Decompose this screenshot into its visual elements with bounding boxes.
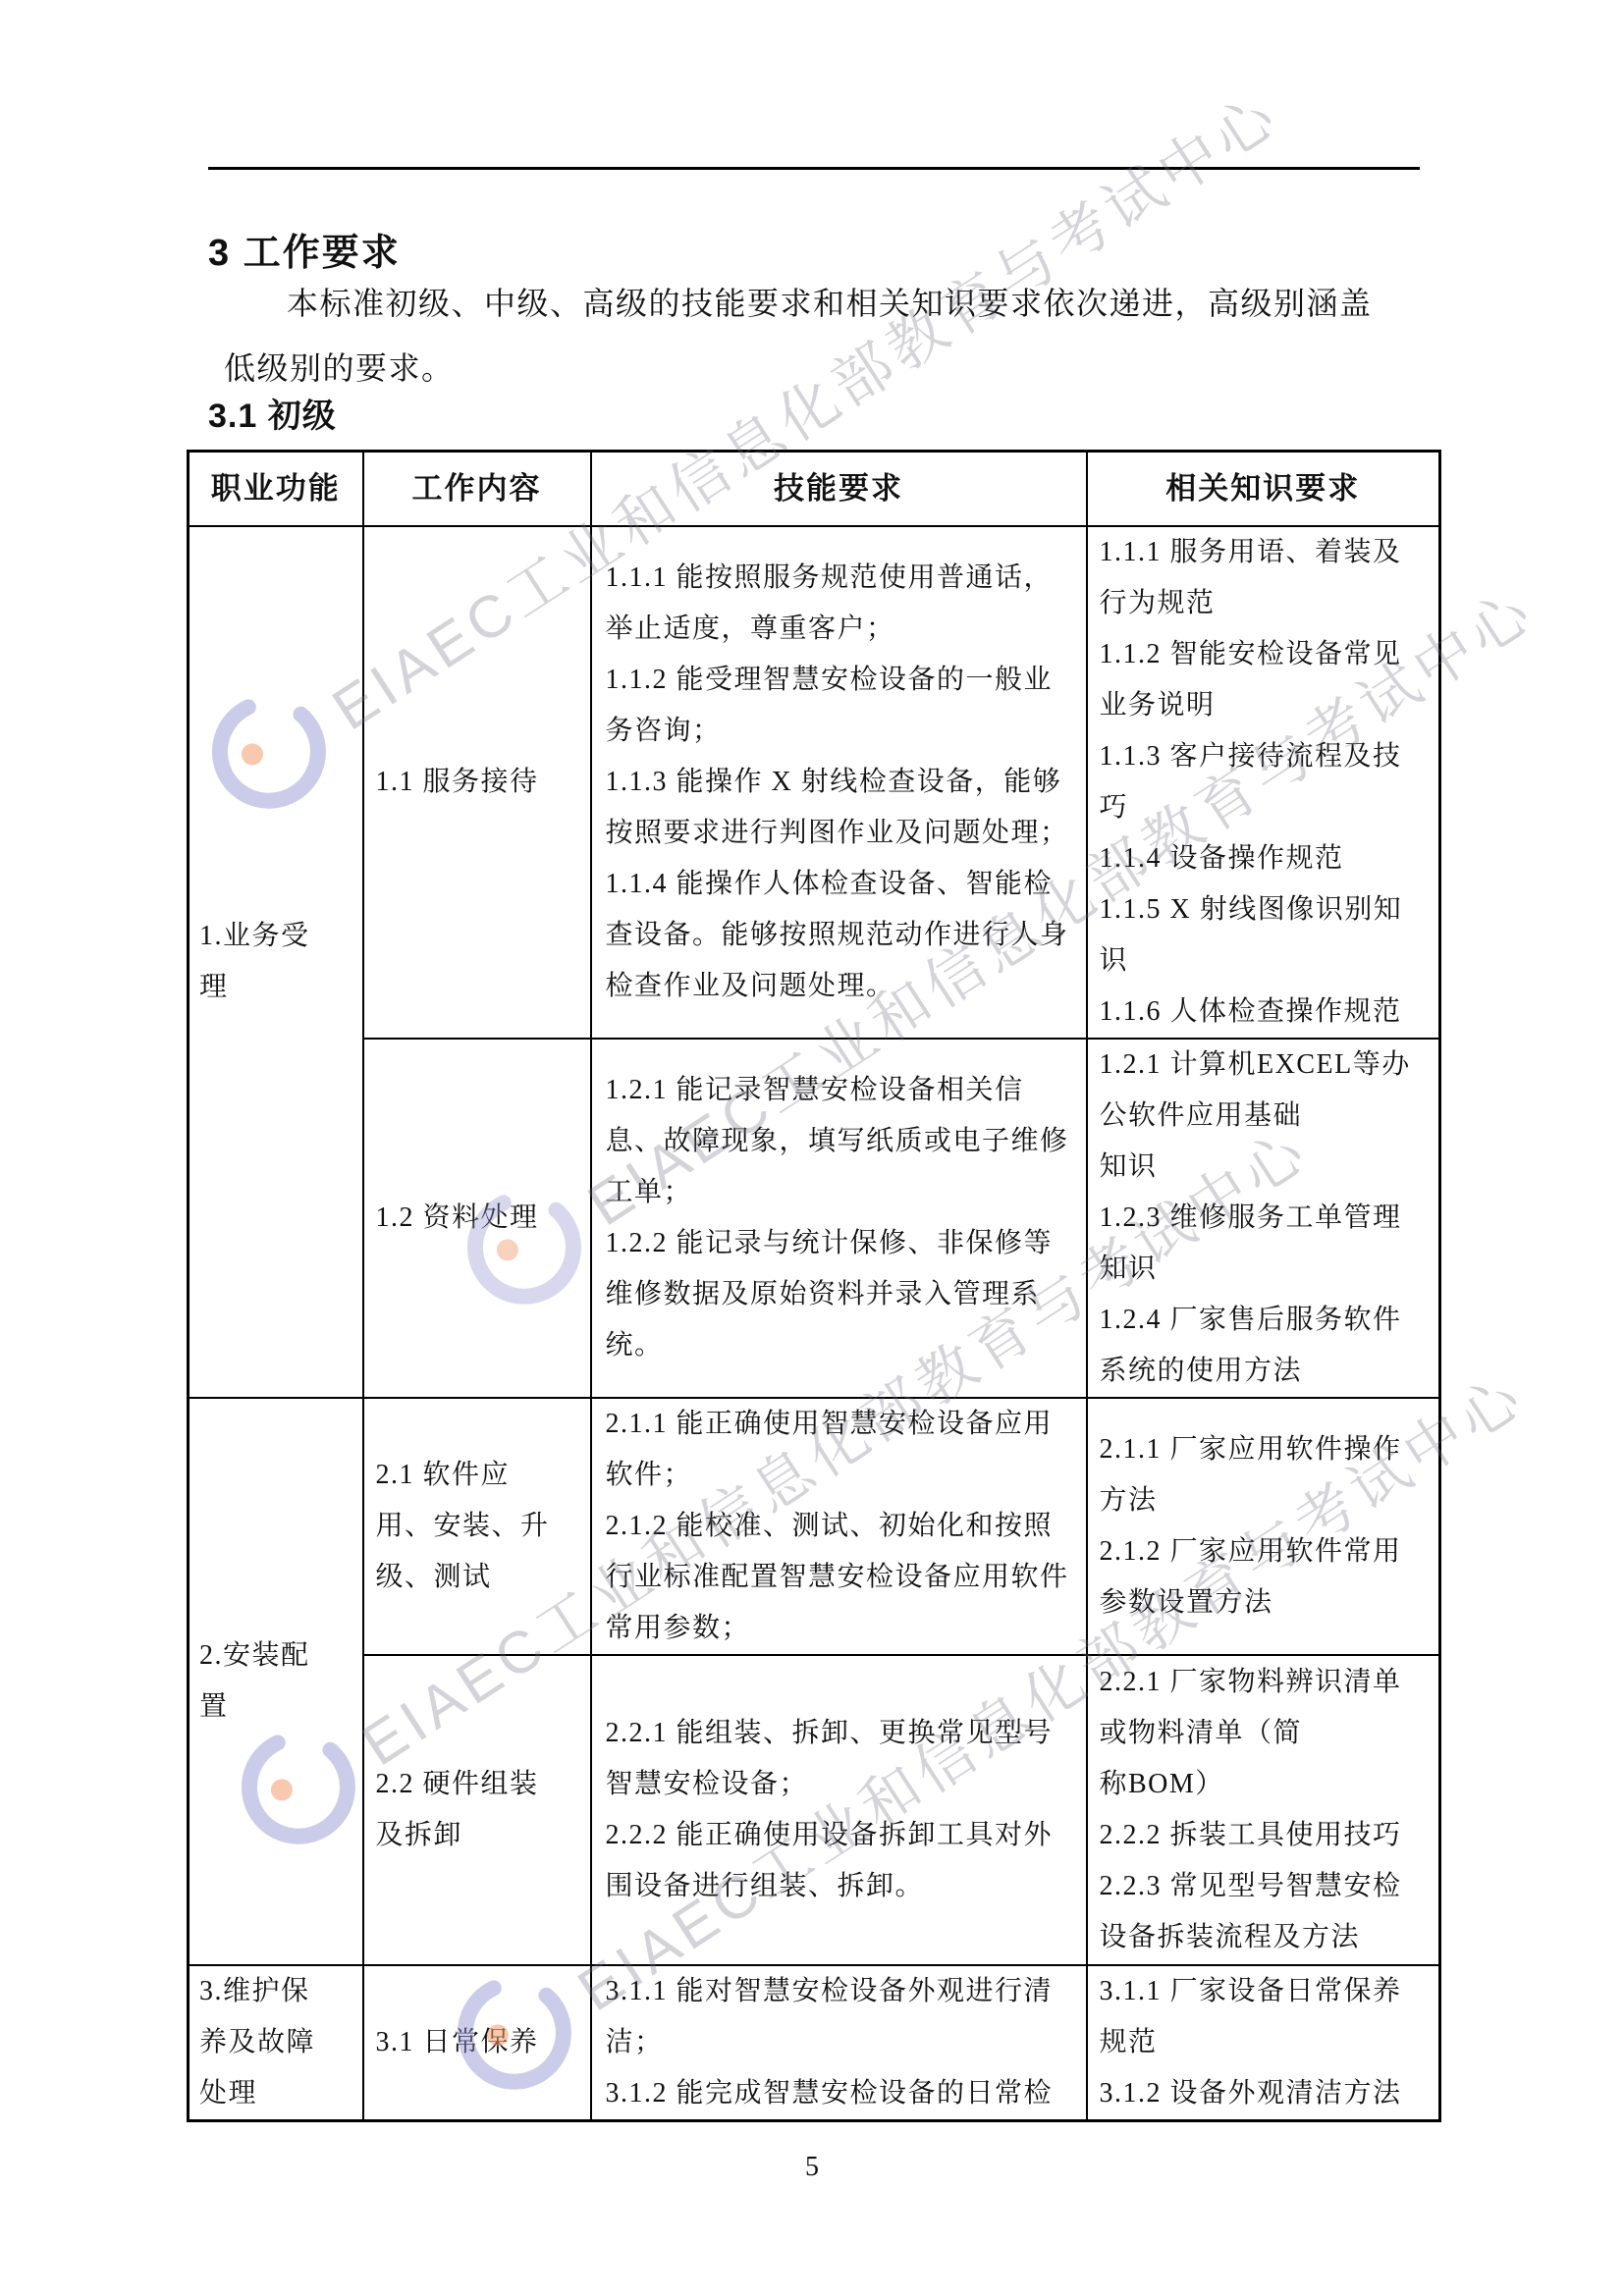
section-heading: 3 工作要求 (208, 222, 401, 276)
column-header-function: 职业功能 (189, 452, 363, 526)
work-content-cell: 3.1 日常保养 (363, 1965, 591, 2121)
table-row: 1.业务受 理 1.1 服务接待 1.1.1 能按照服务规范使用普通话， 举止适… (189, 526, 1440, 1039)
subsection-heading: 3.1 初级 (208, 389, 337, 437)
knowledge-cell: 3.1.1 厂家设备日常保养 规范 3.1.2 设备外观清洁方法 (1087, 1965, 1440, 2121)
skills-cell: 1.1.1 能按照服务规范使用普通话， 举止适度，尊重客户； 1.1.2 能受理… (591, 526, 1087, 1039)
work-content-cell: 1.1 服务接待 (363, 526, 591, 1039)
header-rule (208, 167, 1420, 170)
column-header-skills: 技能要求 (591, 452, 1087, 526)
function-cell: 2.安装配 置 (189, 1398, 363, 1965)
table-row: 2.2 硬件组装 及拆卸 2.2.1 能组装、拆卸、更换常见型号 智慧安检设备；… (189, 1655, 1440, 1965)
column-header-content: 工作内容 (363, 452, 591, 526)
column-header-knowledge: 相关知识要求 (1087, 452, 1440, 526)
page-number: 5 (0, 2152, 1624, 2183)
document-page: 3 工作要求 本标准初级、中级、高级的技能要求和相关知识要求依次递进，高级别涵盖… (0, 0, 1624, 2296)
skills-cell: 2.2.1 能组装、拆卸、更换常见型号 智慧安检设备； 2.2.2 能正确使用设… (591, 1655, 1087, 1965)
table-row: 1.2 资料处理 1.2.1 能记录智慧安检设备相关信 息、故障现象，填写纸质或… (189, 1039, 1440, 1398)
skills-cell: 2.1.1 能正确使用智慧安检设备应用 软件； 2.1.2 能校准、测试、初始化… (591, 1398, 1087, 1655)
work-content-cell: 2.1 软件应 用、安装、升 级、测试 (363, 1398, 591, 1655)
function-cell: 3.维护保 养及故障 处理 (189, 1965, 363, 2121)
skill-requirements-table: 职业功能 工作内容 技能要求 相关知识要求 1.业务受 理 1.1 服务接待 1… (187, 450, 1441, 2122)
knowledge-cell: 1.1.1 服务用语、着装及 行为规范 1.1.2 智能安检设备常见 业务说明 … (1087, 526, 1440, 1039)
table-row: 2.安装配 置 2.1 软件应 用、安装、升 级、测试 2.1.1 能正确使用智… (189, 1398, 1440, 1655)
knowledge-cell: 2.1.1 厂家应用软件操作 方法 2.1.2 厂家应用软件常用 参数设置方法 (1087, 1398, 1440, 1655)
skills-cell: 3.1.1 能对智慧安检设备外观进行清 洁； 3.1.2 能完成智慧安检设备的日… (591, 1965, 1087, 2121)
knowledge-cell: 2.2.1 厂家物料辨识清单 或物料清单（简 称BOM） 2.2.2 拆装工具使… (1087, 1655, 1440, 1965)
knowledge-cell: 1.2.1 计算机EXCEL等办 公软件应用基础 知识 1.2.3 维修服务工单… (1087, 1039, 1440, 1398)
function-cell: 1.业务受 理 (189, 526, 363, 1398)
table-row: 3.维护保 养及故障 处理 3.1 日常保养 3.1.1 能对智慧安检设备外观进… (189, 1965, 1440, 2121)
skills-cell: 1.2.1 能记录智慧安检设备相关信 息、故障现象，填写纸质或电子维修 工单； … (591, 1039, 1087, 1398)
table-header-row: 职业功能 工作内容 技能要求 相关知识要求 (189, 452, 1440, 526)
intro-paragraph: 本标准初级、中级、高级的技能要求和相关知识要求依次递进，高级别涵盖 低级别的要求… (224, 271, 1426, 400)
work-content-cell: 2.2 硬件组装 及拆卸 (363, 1655, 591, 1965)
work-content-cell: 1.2 资料处理 (363, 1039, 591, 1398)
